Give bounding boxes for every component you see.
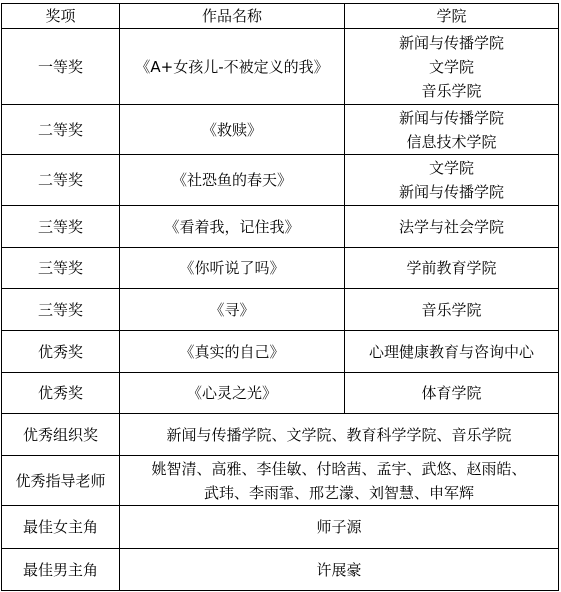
work-title-cell: 《寻》 [120,289,345,331]
table-row-merged: 最佳男主角 许展豪 [2,549,559,591]
work-title-cell: 《看着我，记住我》 [120,206,345,248]
award-cell: 优秀奖 [2,373,120,414]
best-actor-value: 许展豪 [120,549,559,591]
college-line: 新闻与传播学院 [349,180,554,204]
award-cell: 优秀组织奖 [2,414,120,456]
work-title-cell: 《救赎》 [120,105,345,155]
college-cell: 心理健康教育与咨询中心 [345,331,559,373]
work-title-cell: 《社恐鱼的春天》 [120,155,345,206]
best-actress-value: 师子源 [120,506,559,549]
header-row: 奖项 作品名称 学院 [2,4,559,29]
header-award: 奖项 [2,4,120,29]
college-cell: 新闻与传播学院 文学院 音乐学院 [345,29,559,105]
award-cell: 最佳男主角 [2,549,120,591]
college-line: 新闻与传播学院 [349,31,554,55]
table-row: 三等奖 《你听说了吗》 学前教育学院 [2,248,559,289]
college-cell: 音乐学院 [345,289,559,331]
table-row: 三等奖 《看着我，记住我》 法学与社会学院 [2,206,559,248]
header-work-title: 作品名称 [120,4,345,29]
award-cell: 二等奖 [2,155,120,206]
award-cell: 三等奖 [2,248,120,289]
table-row-merged: 优秀组织奖 新闻与传播学院、文学院、教育科学学院、音乐学院 [2,414,559,456]
table-row: 优秀奖 《心灵之光》 体育学院 [2,373,559,414]
college-cell: 体育学院 [345,373,559,414]
college-line: 文学院 [349,55,554,79]
college-cell: 新闻与传播学院 信息技术学院 [345,105,559,155]
college-line: 新闻与传播学院 [349,106,554,130]
college-cell: 学前教育学院 [345,248,559,289]
header-college: 学院 [345,4,559,29]
work-title-cell: 《真实的自己》 [120,331,345,373]
instructor-line: 姚智清、高雅、李佳敏、付晗茜、孟宇、武悠、赵雨皓、 [124,457,554,481]
work-title-cell: 《你听说了吗》 [120,248,345,289]
table-row: 优秀奖 《真实的自己》 心理健康教育与咨询中心 [2,331,559,373]
table-row-merged: 最佳女主角 师子源 [2,506,559,549]
college-cell: 法学与社会学院 [345,206,559,248]
table-row: 一等奖 《A+女孩儿-不被定义的我》 新闻与传播学院 文学院 音乐学院 [2,29,559,105]
work-title-cell: 《A+女孩儿-不被定义的我》 [120,29,345,105]
instructor-line: 武玮、李雨霏、邢艺濛、刘智慧、申军辉 [124,481,554,505]
organization-award-value: 新闻与传播学院、文学院、教育科学学院、音乐学院 [120,414,559,456]
college-cell: 文学院 新闻与传播学院 [345,155,559,206]
instructor-names-cell: 姚智清、高雅、李佳敏、付晗茜、孟宇、武悠、赵雨皓、 武玮、李雨霏、邢艺濛、刘智慧… [120,456,559,506]
college-line: 信息技术学院 [349,130,554,154]
award-cell: 三等奖 [2,206,120,248]
award-cell: 三等奖 [2,289,120,331]
award-cell: 最佳女主角 [2,506,120,549]
college-line: 文学院 [349,156,554,180]
table-row: 二等奖 《救赎》 新闻与传播学院 信息技术学院 [2,105,559,155]
table-row: 三等奖 《寻》 音乐学院 [2,289,559,331]
table-row-merged: 优秀指导老师 姚智清、高雅、李佳敏、付晗茜、孟宇、武悠、赵雨皓、 武玮、李雨霏、… [2,456,559,506]
award-cell: 二等奖 [2,105,120,155]
award-cell: 优秀奖 [2,331,120,373]
college-line: 音乐学院 [349,79,554,103]
award-cell: 一等奖 [2,29,120,105]
work-title-cell: 《心灵之光》 [120,373,345,414]
table-row: 二等奖 《社恐鱼的春天》 文学院 新闻与传播学院 [2,155,559,206]
awards-table: 奖项 作品名称 学院 一等奖 《A+女孩儿-不被定义的我》 新闻与传播学院 文学… [1,3,559,591]
award-cell: 优秀指导老师 [2,456,120,506]
